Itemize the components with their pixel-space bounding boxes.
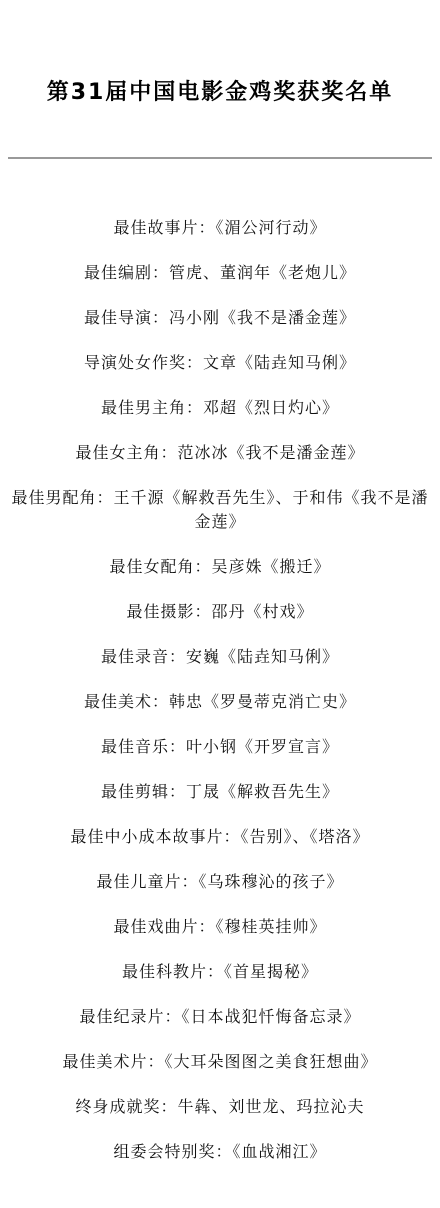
- award-best-low-budget-film: 最佳中小成本故事片：《告别》、《塔洛》: [0, 825, 440, 849]
- award-best-opera-film: 最佳戏曲片：《穆桂英挂帅》: [0, 915, 440, 939]
- page-title: 第31届中国电影金鸡奖获奖名单: [0, 75, 440, 111]
- award-best-science-film: 最佳科教片：《首星揭秘》: [0, 960, 440, 984]
- award-best-actor: 最佳男主角：邓超《烈日灼心》: [0, 396, 440, 420]
- award-committee-special: 组委会特别奖：《血战湘江》: [0, 1140, 440, 1164]
- award-best-screenplay: 最佳编剧：管虎、董润年《老炮儿》: [0, 261, 440, 285]
- award-best-children-film: 最佳儿童片：《乌珠穆沁的孩子》: [0, 870, 440, 894]
- award-list: 最佳故事片：《湄公河行动》 最佳编剧：管虎、董润年《老炮儿》 最佳导演：冯小刚《…: [0, 216, 440, 1185]
- award-best-sound: 最佳录音：安巍《陆垚知马俐》: [0, 645, 440, 669]
- award-best-documentary: 最佳纪录片：《日本战犯忏悔备忘录》: [0, 1005, 440, 1029]
- award-best-supporting-actor: 最佳男配角：王千源《解救吾先生》、于和伟《我不是潘金莲》: [0, 486, 440, 534]
- award-best-supporting-actress: 最佳女配角：吴彦姝《搬迁》: [0, 555, 440, 579]
- award-best-music: 最佳音乐：叶小钢《开罗宣言》: [0, 735, 440, 759]
- award-best-art-direction: 最佳美术：韩忠《罗曼蒂克消亡史》: [0, 690, 440, 714]
- award-best-director: 最佳导演：冯小刚《我不是潘金莲》: [0, 306, 440, 330]
- award-best-feature-film: 最佳故事片：《湄公河行动》: [0, 216, 440, 240]
- award-best-directorial-debut: 导演处女作奖：文章《陆垚知马俐》: [0, 351, 440, 375]
- award-best-actress: 最佳女主角：范冰冰《我不是潘金莲》: [0, 441, 440, 465]
- award-best-editing: 最佳剪辑：丁晟《解救吾先生》: [0, 780, 440, 804]
- award-best-animation: 最佳美术片：《大耳朵图图之美食狂想曲》: [0, 1050, 440, 1074]
- divider: [8, 157, 432, 159]
- award-lifetime-achievement: 终身成就奖：牛犇、刘世龙、玛拉沁夫: [0, 1095, 440, 1119]
- award-best-cinematography: 最佳摄影：邵丹《村戏》: [0, 600, 440, 624]
